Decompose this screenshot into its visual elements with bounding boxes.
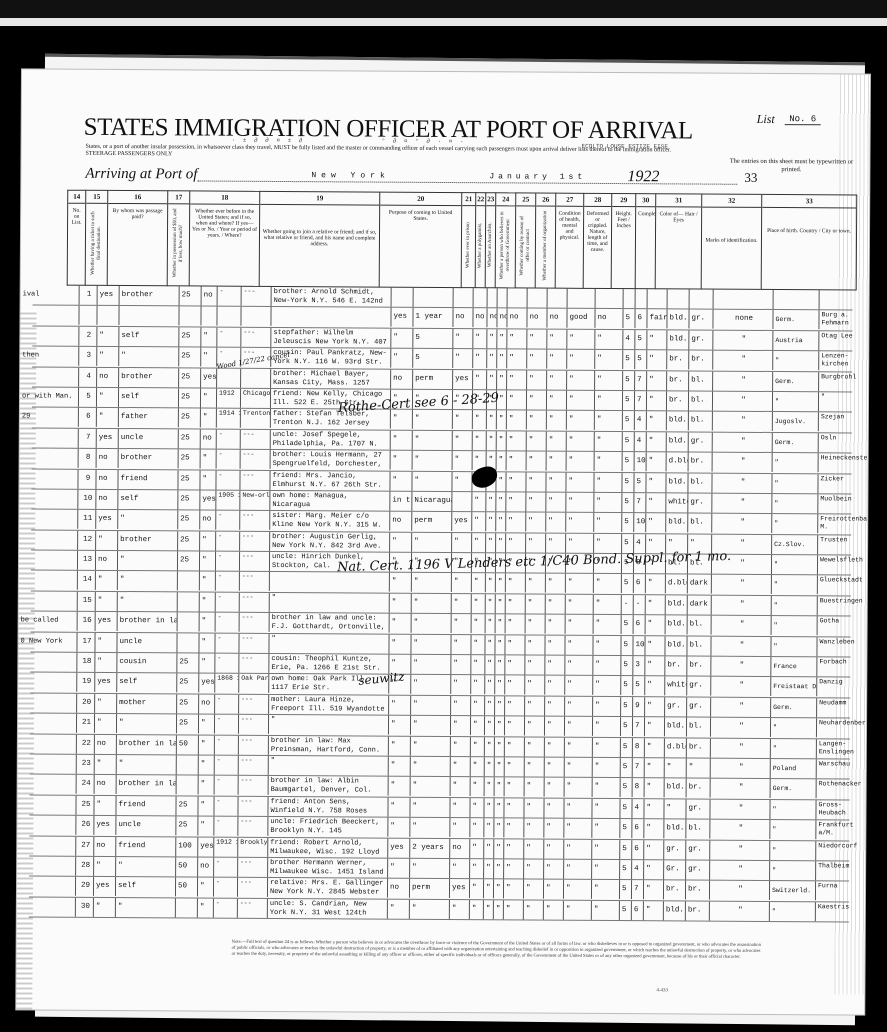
identification-marks: " — [710, 759, 770, 778]
birth-city: Kaestris — [815, 902, 865, 921]
list-number: 19 — [76, 673, 94, 692]
margin-note — [19, 550, 77, 569]
q22-field: " — [484, 696, 494, 715]
birth-country: " — [770, 739, 816, 758]
birth-country: Cz.Slov. — [771, 535, 817, 554]
previously-in-us: yes — [200, 368, 216, 387]
q22-field: " — [485, 594, 495, 613]
col-header-16: 16By whom was passage paid? — [107, 190, 168, 286]
q24-field — [507, 288, 527, 307]
q21-field: " — [472, 329, 486, 348]
previous-location: Brooklyn — [237, 837, 267, 856]
ticket-field: " — [96, 388, 118, 407]
q23-field: " — [495, 533, 505, 552]
q24-field: " — [504, 655, 524, 674]
height-inches: 6 — [633, 615, 645, 634]
previous-location: --- — [238, 735, 268, 754]
deformed-field: " — [593, 574, 621, 593]
health-condition: " — [563, 798, 591, 817]
joining-relative: friend: Mrs. Jancio, Elmhurst N.Y. 67 26… — [269, 470, 389, 490]
q25-field: " — [525, 574, 545, 593]
height-inches: 5 — [633, 473, 645, 492]
q21-field: " — [470, 696, 484, 715]
identification-marks — [713, 290, 773, 309]
purpose-field: " — [450, 675, 470, 694]
purpose-field: " — [449, 798, 469, 817]
previously-in-us: " — [198, 755, 214, 774]
previous-location: --- — [239, 511, 269, 530]
eye-color: br. — [685, 901, 709, 920]
eye-color: br. — [686, 779, 710, 798]
deformed-field: " — [591, 901, 619, 920]
previously-in-us: no — [198, 694, 214, 713]
q21-field: " — [470, 676, 484, 695]
q25-field: " — [523, 839, 543, 858]
complexion: " — [646, 330, 666, 349]
purpose-duration: " — [409, 900, 449, 919]
list-number: 30 — [75, 897, 93, 916]
purpose-duration: " — [410, 675, 450, 694]
faint-stamp: ° ∂ ¤ ° ∂ · ¤ · — [382, 138, 466, 146]
previously-in-us: " — [200, 388, 216, 407]
identification-marks: " — [710, 738, 770, 757]
previously-in-us: " — [198, 633, 214, 652]
sheet-number: 33 — [744, 170, 757, 186]
q24-field: " — [505, 513, 525, 532]
complexion: " — [644, 677, 664, 696]
deformed-field: " — [594, 432, 622, 451]
hair-color: " — [664, 758, 686, 777]
purpose-field: " — [390, 430, 412, 449]
purpose-field: " — [449, 859, 469, 878]
steerage-label: STEERAGE PASSENGERS ONLY — [85, 151, 172, 158]
eye-color: dark — [687, 575, 711, 594]
money-amount: 25 — [177, 531, 199, 550]
margin-note — [19, 571, 77, 590]
eye-color: br. — [686, 657, 710, 676]
birth-city: Otag Lee — [818, 331, 868, 350]
q23-field: " — [493, 798, 503, 817]
purpose-duration: " — [411, 573, 451, 592]
money-amount: 25 — [178, 327, 200, 346]
joining-relative: uncle: Friedrich Beeckert, Brooklyn N.Y.… — [267, 817, 387, 837]
birth-country: " — [771, 616, 817, 635]
q24-field: " — [505, 615, 525, 634]
previously-in-us: " — [200, 327, 216, 346]
previous-location: Chicago — [240, 389, 270, 408]
q23-field: " — [494, 635, 504, 654]
q23-field: no — [496, 309, 506, 328]
identification-marks: " — [709, 901, 769, 920]
passage-paid-by: " — [117, 551, 177, 570]
q26-field: " — [543, 798, 563, 817]
q25-field: " — [524, 737, 544, 756]
previously-in-us: " — [198, 735, 214, 754]
previously-in-us: no — [199, 511, 215, 530]
manifest-page: STATES IMMIGRATION OFFICER AT PORT OF AR… — [16, 69, 870, 1014]
passage-paid-by: brother — [118, 449, 178, 468]
height-inches: 10 — [632, 636, 644, 655]
purpose-duration: " — [412, 431, 452, 450]
previously-in-us: " — [197, 898, 213, 917]
period-of-years: - — [215, 552, 239, 571]
previously-in-us: " — [200, 409, 216, 428]
eye-color: gr. — [688, 432, 712, 451]
height-feet: 5 — [620, 758, 632, 777]
col-header-30: 30Complexion. — [635, 193, 656, 289]
list-number: 13 — [77, 551, 95, 570]
purpose-field: no — [452, 308, 472, 327]
deformed-field — [595, 289, 623, 308]
money-amount — [175, 898, 197, 917]
q23-field: " — [495, 594, 505, 613]
complexion: " — [645, 595, 665, 614]
money-amount: 50 — [175, 857, 197, 876]
q25-field: " — [525, 472, 545, 491]
height-feet: 5 — [621, 513, 633, 532]
period-of-years — [216, 307, 240, 326]
purpose-duration: perm — [409, 879, 449, 898]
birth-country: Germ. — [770, 779, 816, 798]
q23-field: " — [493, 818, 503, 837]
col-header-33: 33Place of birth. Country / City or town… — [761, 194, 858, 291]
q26-field: " — [544, 696, 564, 715]
passage-paid-by: " — [115, 898, 175, 917]
period-of-years: - — [215, 531, 239, 550]
q21-field: " — [472, 349, 486, 368]
period-of-years: 1905 1911 — [215, 491, 239, 510]
height-feet: 5 — [621, 473, 633, 492]
complexion: " — [644, 738, 664, 757]
identification-marks: " — [709, 861, 769, 880]
q25-field: " — [526, 329, 546, 348]
list-number: 3 — [78, 347, 96, 366]
height-inches: 6 — [631, 819, 643, 838]
q25-field — [527, 288, 547, 307]
health-condition: " — [566, 411, 594, 430]
eye-color: dark — [687, 595, 711, 614]
list-number: 25 — [75, 796, 93, 815]
deformed-field: " — [591, 860, 619, 879]
purpose-duration: perm — [411, 512, 451, 531]
height-feet: 5 — [621, 534, 633, 553]
health-condition: " — [565, 533, 593, 552]
list-number: 21 — [76, 714, 94, 733]
margin-note: ival — [21, 285, 79, 304]
previous-location: --- — [238, 695, 268, 714]
identification-marks: " — [712, 412, 772, 431]
birth-country: " — [771, 596, 817, 615]
eye-color — [689, 289, 713, 308]
purpose-field: " — [450, 716, 470, 735]
passage-paid-by: friend — [115, 837, 175, 856]
height-feet: 5 — [620, 676, 632, 695]
passage-paid-by: self — [116, 673, 176, 692]
list-number: 5 — [78, 388, 96, 407]
q26-field: " — [543, 860, 563, 879]
health-condition: " — [564, 697, 592, 716]
purpose-field: " — [450, 737, 470, 756]
list-number: 18 — [76, 653, 94, 672]
purpose-field: " — [450, 655, 470, 674]
purpose-field: " — [451, 533, 471, 552]
q26-field: " — [546, 411, 566, 430]
col-header-29: 29Height. Feet / Inches — [611, 193, 636, 289]
faint-stamp: · ± ∂ ∂ ¤ ± ∂ — [232, 137, 305, 144]
birth-city: Wanzleben — [816, 637, 866, 656]
purpose-field: yes — [387, 838, 409, 857]
margin-note: or with Man. — [20, 387, 78, 406]
identification-marks: " — [711, 575, 771, 594]
list-number: 24 — [76, 775, 94, 794]
previously-in-us: " — [198, 654, 214, 673]
identification-marks: " — [712, 432, 772, 451]
list-label: List — [757, 112, 775, 127]
purpose-duration: " — [409, 818, 449, 837]
money-amount: 25 — [175, 817, 197, 836]
ticket-field: " — [94, 714, 116, 733]
purpose-duration: " — [410, 736, 450, 755]
complexion: " — [644, 717, 664, 736]
complexion: " — [645, 575, 665, 594]
purpose-field: no — [390, 369, 412, 388]
joining-relative: brother Hermann Werner, Milwaukee Wisc. … — [267, 858, 387, 878]
period-of-years: - — [215, 592, 239, 611]
passage-paid-by: uncle — [116, 633, 176, 652]
ticket-field: yes — [97, 286, 119, 305]
purpose-field: " — [450, 696, 470, 715]
purpose-duration: Nicaragua — [411, 492, 451, 511]
height-inches — [635, 289, 647, 308]
height-inches: 4 — [631, 799, 643, 818]
purpose-field: " — [449, 818, 469, 837]
joining-relative: friend: Robert Arnold, Milwaukee, Wisc. … — [267, 837, 387, 857]
previous-location: --- — [238, 633, 268, 652]
previous-location — [240, 368, 270, 387]
hair-color: Gr. — [663, 860, 685, 879]
purpose-field: " — [449, 900, 469, 919]
purpose-field: no — [389, 512, 411, 531]
birth-city: Burg a. Fehmarn — [818, 311, 868, 330]
birth-city: Neudamm — [816, 698, 866, 717]
q25-field: " — [524, 696, 544, 715]
previously-in-us: " — [200, 450, 216, 469]
q25-field: " — [524, 635, 544, 654]
health-condition: " — [564, 758, 592, 777]
health-condition: " — [566, 350, 594, 369]
previously-in-us: " — [199, 552, 215, 571]
birth-country: " — [770, 637, 816, 656]
height-feet: 5 — [619, 840, 631, 859]
ticket-field: no — [95, 469, 117, 488]
q25-field: " — [523, 880, 543, 899]
previous-location: --- — [237, 878, 267, 897]
passage-paid-by: brother — [117, 531, 177, 550]
health-condition: " — [565, 493, 593, 512]
period-of-years: 1912 — [216, 389, 240, 408]
deformed-field: " — [592, 636, 620, 655]
margin-note — [17, 877, 75, 896]
eye-color: bl. — [686, 636, 710, 655]
joining-relative: " — [269, 593, 389, 613]
joining-relative — [269, 572, 389, 592]
col-header-27: 27Condition of health, mental and physic… — [555, 193, 584, 289]
q23-field: " — [496, 329, 506, 348]
health-condition: " — [565, 615, 593, 634]
q21-field: " — [470, 716, 484, 735]
identification-marks: " — [710, 779, 770, 798]
eye-color: gr. — [686, 677, 710, 696]
purpose-field: " — [388, 634, 410, 653]
period-of-years: - — [214, 776, 238, 795]
height-inches: 10 — [633, 513, 645, 532]
q26-field: " — [543, 880, 563, 899]
previously-in-us: yes — [199, 490, 215, 509]
previously-in-us — [200, 307, 216, 326]
ticket-field: " — [96, 408, 118, 427]
deformed-field: " — [592, 758, 620, 777]
passage-paid-by — [118, 306, 178, 325]
q21-field: " — [471, 492, 485, 511]
purpose-field: no — [449, 839, 469, 858]
identification-marks: " — [712, 351, 772, 370]
birth-city: Rothenacker — [816, 780, 866, 799]
q25-field: " — [526, 452, 546, 471]
q23-field: " — [495, 513, 505, 532]
margin-note — [20, 428, 78, 447]
eye-color: bl. — [687, 514, 711, 533]
passage-paid-by: father — [118, 408, 178, 427]
height-feet: 5 — [620, 697, 632, 716]
q24-field: " — [504, 717, 524, 736]
hair-color: bld. — [664, 636, 686, 655]
identification-marks: " — [710, 697, 770, 716]
previous-location: Trenton — [240, 409, 270, 428]
period-of-years: - — [214, 715, 238, 734]
q21-field: no — [472, 309, 486, 328]
height-feet: 5 — [619, 819, 631, 838]
margin-note — [19, 489, 77, 508]
joining-relative: friend: Anton Sens, Winfield N.Y. 758 Ro… — [267, 797, 387, 817]
q22-field: " — [484, 676, 494, 695]
previously-in-us: " — [198, 715, 214, 734]
purpose-field: " — [451, 574, 471, 593]
health-condition: " — [566, 330, 594, 349]
previous-location: --- — [239, 593, 269, 612]
health-condition — [567, 289, 595, 308]
complexion: " — [645, 615, 665, 634]
arrival-year: 1922 — [627, 168, 659, 186]
deformed-field: " — [594, 411, 622, 430]
q21-field: " — [469, 859, 483, 878]
birth-country — [773, 290, 819, 309]
previous-location: Oak Park — [238, 674, 268, 693]
ticket-field: " — [96, 327, 118, 346]
q22-field: " — [484, 757, 494, 776]
q25-field: " — [525, 533, 545, 552]
q24-field: " — [505, 492, 525, 511]
eye-color: bl. — [685, 820, 709, 839]
ticket-field: yes — [96, 429, 118, 448]
eye-color: bl. — [687, 616, 711, 635]
purpose-field: " — [387, 859, 409, 878]
hair-color: d.bld. — [664, 738, 686, 757]
margin-note — [17, 897, 75, 916]
hair-color: bld. — [663, 901, 685, 920]
q24-field: " — [506, 390, 526, 409]
height-inches: 4 — [631, 860, 643, 879]
margin-note — [18, 734, 76, 753]
birth-city: Niedorcorf — [815, 841, 865, 860]
purpose-field: " — [388, 777, 410, 796]
q25-field: " — [525, 492, 545, 511]
margin-note — [19, 591, 77, 610]
height-feet: 5 — [619, 901, 631, 920]
q26-field: " — [544, 656, 564, 675]
health-condition: " — [563, 860, 591, 879]
q21-field: " — [469, 879, 483, 898]
ticket-field: yes — [93, 877, 115, 896]
q21-field: " — [469, 839, 483, 858]
hair-color: bld. — [666, 310, 688, 329]
deformed-field: " — [594, 330, 622, 349]
height-inches: 7 — [634, 391, 646, 410]
q21-field: " — [470, 655, 484, 674]
purpose-field: " — [389, 594, 411, 613]
health-condition: " — [564, 635, 592, 654]
purpose-field: " — [450, 757, 470, 776]
list-number: 4 — [78, 367, 96, 386]
margin-note — [18, 652, 76, 671]
passage-paid-by: brother in law — [116, 775, 176, 794]
identification-marks: " — [709, 820, 769, 839]
q26-field: " — [544, 758, 564, 777]
q24-field: " — [505, 594, 525, 613]
health-condition: " — [564, 717, 592, 736]
ticket-field: yes — [94, 673, 116, 692]
passage-paid-by: friend — [115, 796, 175, 815]
birth-city: Wewelsfleth — [817, 555, 867, 574]
q22-field: " — [483, 859, 493, 878]
identification-marks: " — [712, 371, 772, 390]
height-feet: 5 — [622, 452, 634, 471]
purpose-duration — [413, 288, 453, 307]
money-amount — [177, 592, 199, 611]
previous-location: --- — [237, 898, 267, 917]
q22-field — [487, 288, 497, 307]
q21-field: " — [471, 533, 485, 552]
margin-note — [17, 816, 75, 835]
health-condition: " — [566, 370, 594, 389]
purpose-field: " — [388, 736, 410, 755]
health-condition: " — [564, 656, 592, 675]
health-condition: " — [565, 595, 593, 614]
hair-color: bld. — [663, 819, 685, 838]
q22-field: " — [484, 778, 494, 797]
q24-field: " — [506, 451, 526, 470]
q23-field: " — [495, 574, 505, 593]
height-feet: 5 — [622, 350, 634, 369]
purpose-field: " — [387, 797, 409, 816]
birth-country: " — [771, 514, 817, 533]
purpose-field: " — [389, 614, 411, 633]
hair-color: bld. — [665, 616, 687, 635]
purpose-field: yes — [452, 370, 472, 389]
birth-city: Warschau — [816, 759, 866, 778]
birth-country: Germ. — [772, 310, 818, 329]
period-of-years: 1912 1914 — [213, 837, 237, 856]
purpose-duration: 2 years — [409, 838, 449, 857]
